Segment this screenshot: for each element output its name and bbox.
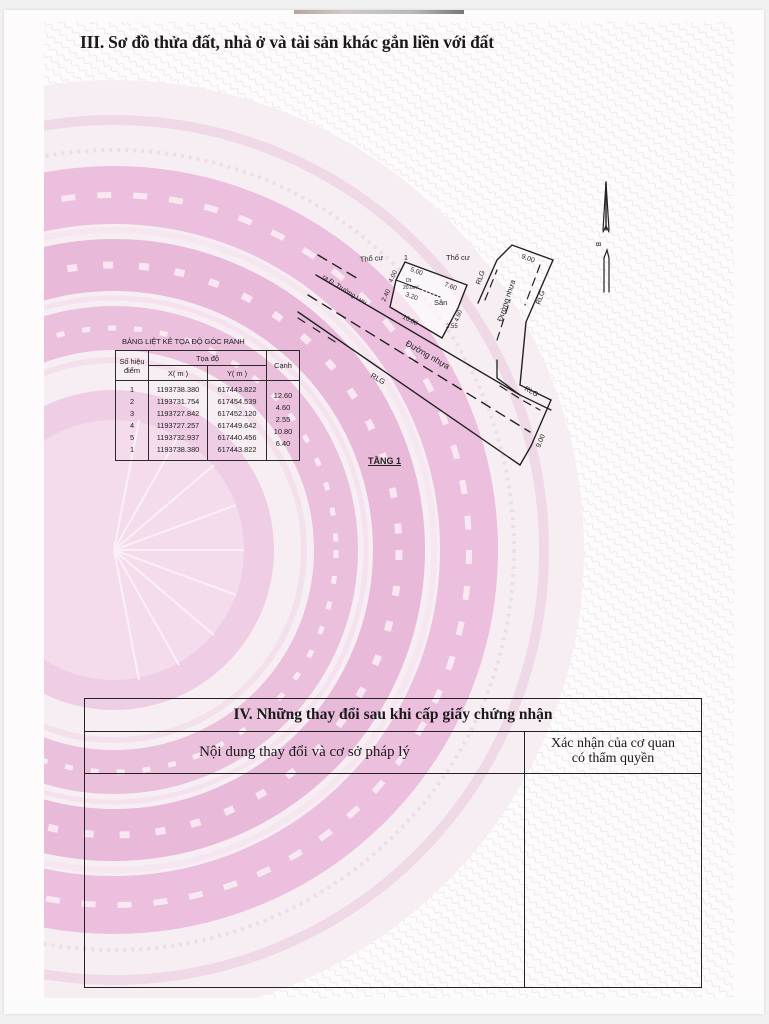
side-road-label: Đường nhựa bbox=[495, 278, 517, 323]
svg-text:RLG: RLG bbox=[369, 371, 387, 387]
neighbor-left-label: Thổ cư bbox=[359, 253, 383, 264]
svg-text:2.55: 2.55 bbox=[446, 324, 458, 330]
header-coords: Tọa độ bbox=[149, 351, 267, 366]
header-y: Y( m ) bbox=[208, 366, 267, 381]
svg-text:RLG: RLG bbox=[523, 386, 539, 399]
main-road-label: Đường nhựa bbox=[404, 338, 452, 371]
floor-label: TẦNG 1 bbox=[368, 456, 401, 466]
coordinate-table: Số hiệu điểm Tọa độ Cạnh X( m ) Y( m ) 1… bbox=[115, 350, 300, 461]
header-edge: Cạnh bbox=[267, 351, 300, 381]
y-column: 617443.822 617454.539 617452.120 617449.… bbox=[208, 381, 267, 461]
svg-text:20.0m²: 20.0m² bbox=[403, 285, 419, 291]
section4-title: IV. Những thay đổi sau khi cấp giấy chứn… bbox=[85, 699, 701, 732]
north-label: B bbox=[594, 242, 601, 247]
x-column: 1193738.380 1193731.754 1193727.842 1193… bbox=[149, 381, 208, 461]
svg-text:RLG: RLG bbox=[475, 270, 487, 286]
svg-text:9.00: 9.00 bbox=[520, 253, 535, 264]
changes-content-cell bbox=[85, 774, 525, 987]
svg-text:Dt: Dt bbox=[406, 278, 412, 284]
neighbor-right-label: Thổ cư bbox=[446, 253, 470, 262]
svg-text:Sân: Sân bbox=[434, 298, 447, 307]
coordinate-table-caption: BẢNG LIỆT KÊ TỌA ĐỘ GÓC RANH bbox=[122, 337, 245, 346]
header-point: Số hiệu điểm bbox=[116, 351, 149, 381]
authority-confirmation-header: Xác nhận của cơ quan có thẩm quyền bbox=[525, 731, 701, 774]
street-name-label: ra Đ. Trường Lưu bbox=[321, 274, 368, 307]
authority-confirmation-cell bbox=[525, 774, 701, 987]
svg-text:2.40: 2.40 bbox=[380, 288, 392, 303]
svg-text:RLG: RLG bbox=[535, 290, 547, 306]
section4-changes-table: IV. Những thay đổi sau khi cấp giấy chứn… bbox=[84, 698, 702, 988]
changes-content-header: Nội dung thay đổi và cơ sở pháp lý bbox=[85, 731, 525, 774]
certificate-page: III. Sơ đồ thửa đất, nhà ở và tài sản kh… bbox=[4, 10, 764, 1014]
point-column: 1 2 3 4 5 1 bbox=[116, 381, 149, 461]
edge-column: 12.60 4.60 2.55 10.80 6.40 bbox=[267, 381, 300, 461]
svg-text:1: 1 bbox=[404, 255, 408, 262]
svg-text:9.00: 9.00 bbox=[535, 433, 547, 448]
north-arrow-icon bbox=[603, 182, 609, 292]
header-x: X( m ) bbox=[149, 366, 208, 381]
